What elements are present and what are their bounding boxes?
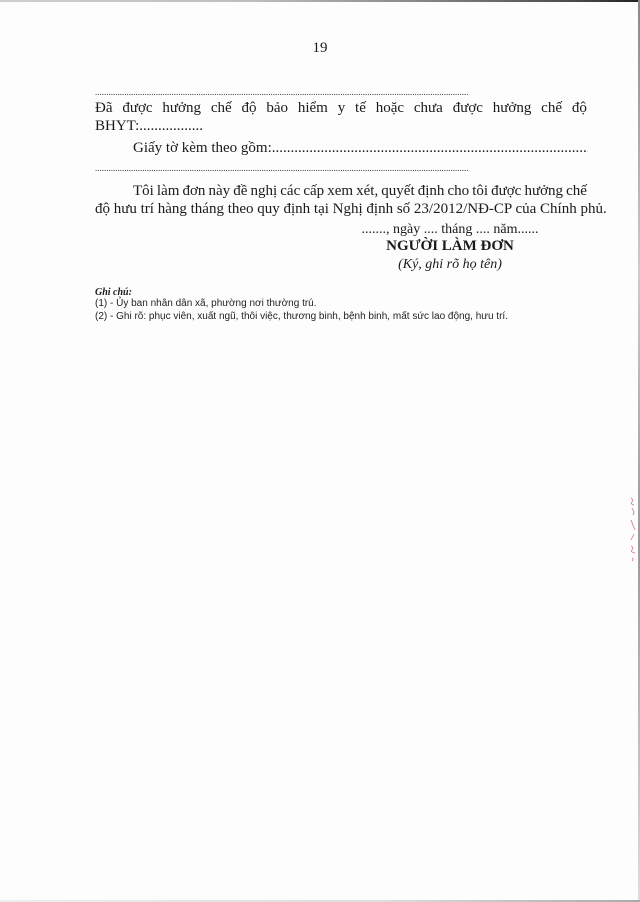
word: được <box>122 99 152 117</box>
word: Đã <box>95 99 113 117</box>
leading-dotted-line: ........................................… <box>95 87 585 97</box>
word: định <box>418 182 445 200</box>
word: làm <box>157 182 180 200</box>
word: chế <box>541 99 562 117</box>
word: này <box>209 182 231 200</box>
insurance-line-2: BHYT:................. <box>95 117 203 135</box>
red-stamp-marks <box>628 496 638 576</box>
word: đề <box>233 182 247 200</box>
word: cấp <box>303 182 324 200</box>
word: xét, <box>356 182 378 200</box>
request-line-1: Tôilàmđơnnàyđềnghịcáccấpxemxét,quyếtđịnh… <box>133 182 587 200</box>
signature-date-line: ......., ngày .... tháng .... năm...... <box>320 221 580 238</box>
word: hoặc <box>376 99 404 117</box>
signature-instruction: (Ký, ghi rõ họ tên) <box>320 256 580 273</box>
word: hưởng <box>493 99 532 117</box>
word: tế <box>355 99 366 117</box>
word: độ <box>242 99 257 117</box>
attachments-line: Giấy tờ kèm theo gồm:...................… <box>133 139 588 157</box>
word: chưa <box>414 99 443 117</box>
word: các <box>280 182 300 200</box>
word: quyết <box>381 182 414 200</box>
scan-top-edge <box>0 0 640 2</box>
page-number: 19 <box>0 40 640 57</box>
word: xem <box>327 182 353 200</box>
word: đơn <box>183 182 206 200</box>
word: được <box>491 182 521 200</box>
word: hưởng <box>162 99 201 117</box>
document-page: 19 .....................................… <box>0 0 640 902</box>
note-item-2: (2) - Ghi rõ: phục viên, xuất ngũ, thôi … <box>95 311 508 323</box>
request-line-2: độ hưu trí hàng tháng theo quy định tại … <box>95 200 607 218</box>
notes-title: Ghi chú: <box>95 287 132 298</box>
word: y <box>338 99 346 117</box>
signature-title: NGƯỜI LÀM ĐƠN <box>320 237 580 255</box>
word: bảo <box>266 99 288 117</box>
word: chế <box>566 182 587 200</box>
attachments-dotted-line: ........................................… <box>95 163 585 173</box>
word: cho <box>447 182 469 200</box>
note-item-1: (1) - Ủy ban nhân dân xã, phường nơi thư… <box>95 298 317 310</box>
insurance-line-1: Đãđượchưởngchếđộbảohiểmytếhoặcchưađượchư… <box>95 99 587 117</box>
word: Tôi <box>133 182 154 200</box>
word: hiểm <box>298 99 328 117</box>
word: nghị <box>251 182 278 200</box>
word: hưởng <box>524 182 563 200</box>
word: chế <box>211 99 232 117</box>
word: độ <box>572 99 587 117</box>
word: tôi <box>472 182 488 200</box>
word: được <box>453 99 483 117</box>
